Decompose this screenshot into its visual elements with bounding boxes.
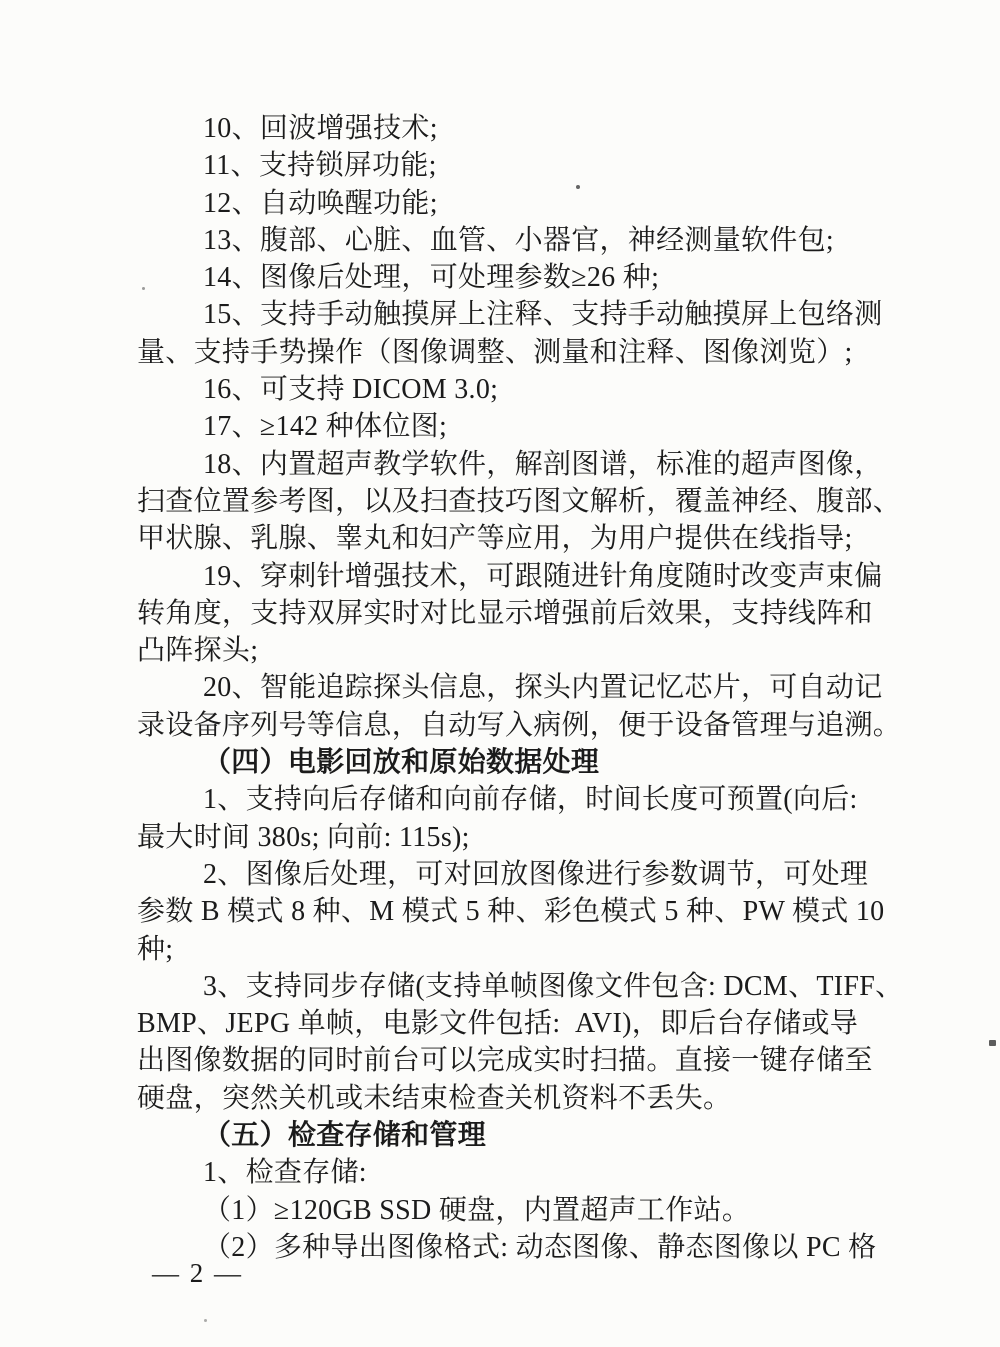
sec5-item-1-sub-1: （1）≥120GB SSD 硬盘，内置超声工作站。 bbox=[137, 1192, 882, 1229]
sec4-item-2-line-1: 2、图像后处理，可对回放图像进行参数调节，可处理 bbox=[137, 856, 882, 893]
sec4-item-2-line-3: 种; bbox=[137, 931, 882, 968]
sec5-item-1-sub-2: （2）多种导出图像格式: 动态图像、静态图像以 PC 格 bbox=[137, 1229, 882, 1266]
spec-item-18-line-3: 甲状腺、乳腺、睾丸和妇产等应用，为用户提供在线指导; bbox=[137, 520, 882, 557]
section-heading-5: （五）检查存储和管理 bbox=[137, 1117, 882, 1154]
spec-item-19-line-2: 转角度，支持双屏实时对比显示增强前后效果，支持线阵和 bbox=[137, 595, 882, 632]
sec4-item-1-line-2: 最大时间 380s; 向前: 115s); bbox=[137, 819, 882, 856]
spec-item-18-line-2: 扫查位置参考图，以及扫查技巧图文解析，覆盖神经、腹部、 bbox=[137, 483, 882, 520]
scan-speck bbox=[576, 185, 580, 189]
spec-item-20-line-1: 20、智能追踪探头信息，探头内置记忆芯片，可自动记 bbox=[137, 669, 882, 706]
sec4-item-3-line-1: 3、支持同步存储(支持单帧图像文件包含: DCM、TIFF、 bbox=[137, 968, 882, 1005]
section-heading-4: （四）电影回放和原始数据处理 bbox=[137, 744, 882, 781]
spec-item-19-line-3: 凸阵探头; bbox=[137, 632, 882, 669]
document-body: 10、回波增强技术;11、支持锁屏功能;12、自动唤醒功能;13、腹部、心脏、血… bbox=[137, 110, 882, 1266]
spec-item-13: 13、腹部、心脏、血管、小器官，神经测量软件包; bbox=[137, 222, 882, 259]
spec-item-18-line-1: 18、内置超声教学软件，解剖图谱，标准的超声图像， bbox=[137, 446, 882, 483]
spec-item-15-line-1: 15、支持手动触摸屏上注释、支持手动触摸屏上包络测 bbox=[137, 296, 882, 333]
spec-item-17: 17、≥142 种体位图; bbox=[137, 408, 882, 445]
spec-item-15-line-2: 量、支持手势操作（图像调整、测量和注释、图像浏览）; bbox=[137, 334, 882, 371]
sec5-item-1: 1、检查存储: bbox=[137, 1154, 882, 1191]
scan-speck bbox=[142, 287, 145, 290]
scan-speck bbox=[204, 1319, 207, 1322]
sec4-item-3-line-3: 出图像数据的同时前台可以完成实时扫描。直接一键存储至 bbox=[137, 1042, 882, 1079]
document-page: 10、回波增强技术;11、支持锁屏功能;12、自动唤醒功能;13、腹部、心脏、血… bbox=[0, 0, 1000, 1347]
sec4-item-1-line-1: 1、支持向后存储和向前存储，时间长度可预置(向后: bbox=[137, 781, 882, 818]
sec4-item-2-line-2: 参数 B 模式 8 种、M 模式 5 种、彩色模式 5 种、PW 模式 10 bbox=[137, 893, 882, 930]
spec-item-12: 12、自动唤醒功能; bbox=[137, 185, 882, 222]
sec4-item-3-line-4: 硬盘，突然关机或未结束检查关机资料不丢失。 bbox=[137, 1080, 882, 1117]
spec-item-14: 14、图像后处理，可处理参数≥26 种; bbox=[137, 259, 882, 296]
sec4-item-3-line-2: BMP、JEPG 单帧，电影文件包括: AVI)，即后台存储或导 bbox=[137, 1005, 882, 1042]
page-number: — 2 — bbox=[152, 1258, 243, 1289]
scan-speck bbox=[989, 1040, 996, 1046]
spec-item-11: 11、支持锁屏功能; bbox=[137, 147, 882, 184]
spec-item-19-line-1: 19、穿刺针增强技术，可跟随进针角度随时改变声束偏 bbox=[137, 558, 882, 595]
spec-item-16: 16、可支持 DICOM 3.0; bbox=[137, 371, 882, 408]
spec-item-10: 10、回波增强技术; bbox=[137, 110, 882, 147]
spec-item-20-line-2: 录设备序列号等信息，自动写入病例，便于设备管理与追溯。 bbox=[137, 707, 882, 744]
